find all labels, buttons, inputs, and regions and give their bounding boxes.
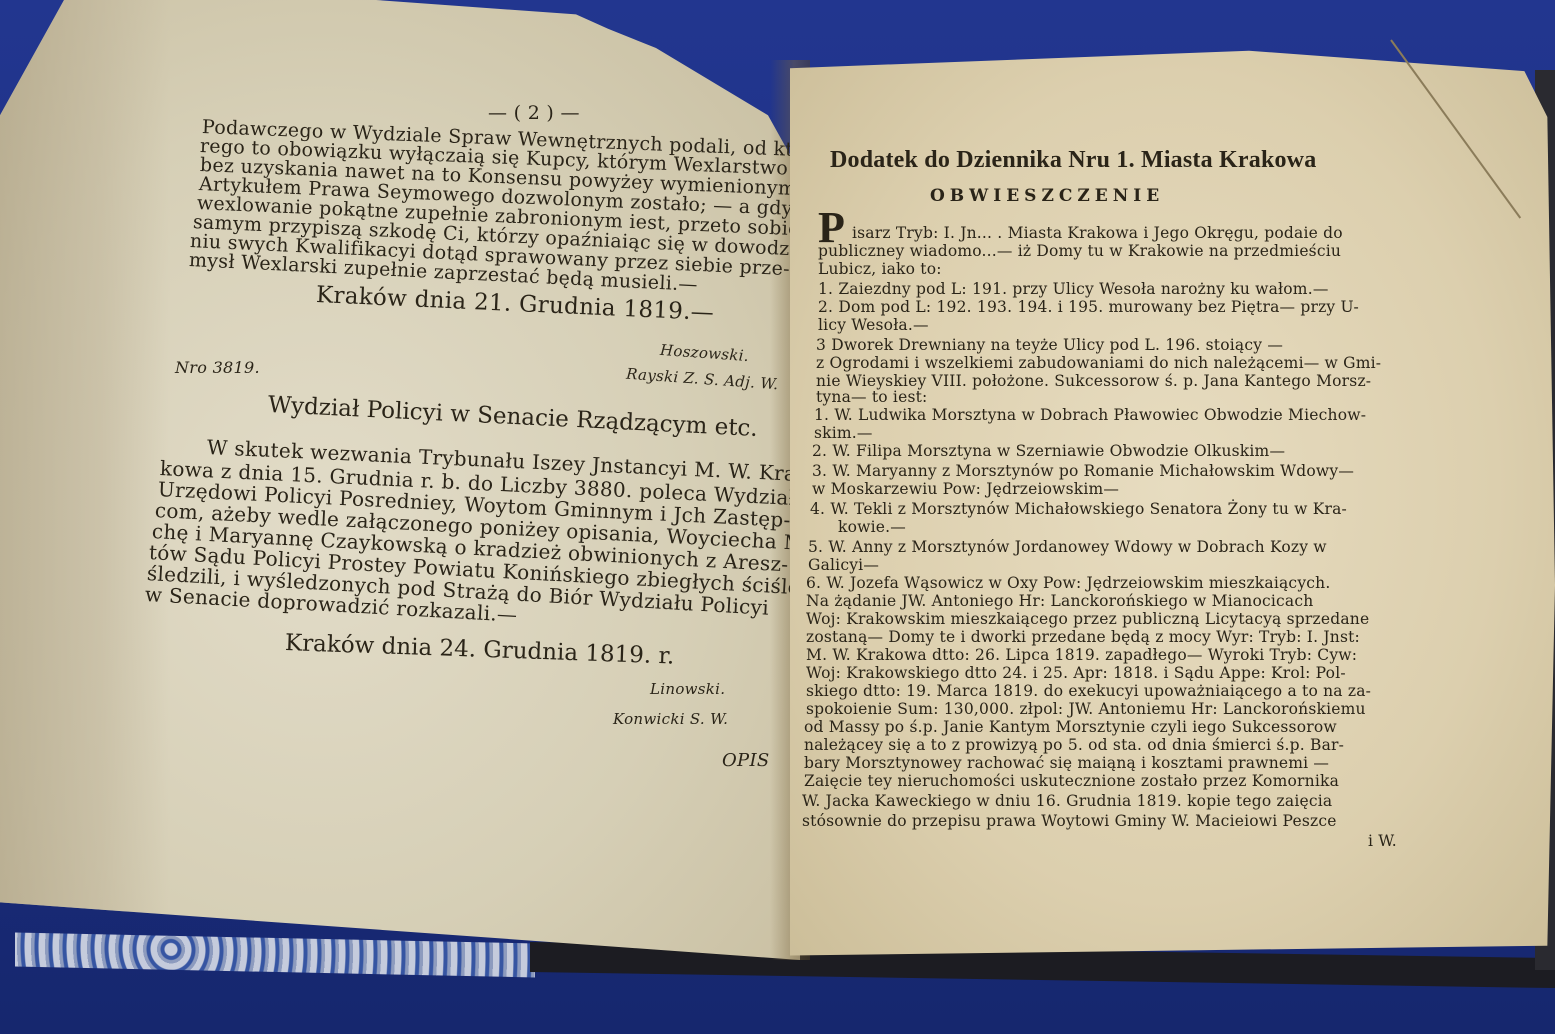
- text-line: 2. W. Filipa Morsztyna w Szerniawie Obwo…: [812, 444, 1285, 460]
- text-line: zostaną— Domy te i dworki przedane będą …: [806, 630, 1360, 646]
- text-line: stósownie do przepisu prawa Woytowi Gmin…: [802, 814, 1337, 830]
- text-line: kowie.—: [838, 520, 906, 536]
- text-line: od Massy po ś.p. Janie Kantym Morsztynie…: [804, 720, 1337, 736]
- text-line: Na żądanie JW. Antoniego Hr: Lanckorońsk…: [806, 594, 1313, 610]
- text-line: publiczney wiadomo...— iż Domy tu w Krak…: [818, 244, 1341, 260]
- text-line: isarz Tryb: I. Jn... . Miasta Krakowa i …: [852, 226, 1343, 242]
- text-line: skim.—: [814, 426, 873, 442]
- text-line: licy Wesoła.—: [818, 318, 929, 334]
- text-line: 6. W. Jozefa Wąsowicz w Oxy Pow: Jędrzei…: [806, 576, 1330, 592]
- text-line: skiego dtto: 19. Marca 1819. do exekucyi…: [806, 684, 1371, 700]
- text-line: bary Morsztynowey rachować się maiąną i …: [804, 756, 1329, 772]
- text-line: Galicyi—: [808, 558, 879, 574]
- announcement-heading: OBWIESZCZENIE: [930, 188, 1164, 205]
- text-line: 2. Dom pod L: 192. 193. 194. i 195. muro…: [818, 300, 1359, 316]
- text-line: 3. W. Maryanny z Morsztynów po Romanie M…: [812, 464, 1354, 480]
- text-line: 5. W. Anny z Morsztynów Jordanowey Wdowy…: [808, 540, 1327, 556]
- text-line: W. Jacka Kaweckiego w dniu 16. Grudnia 1…: [802, 794, 1332, 810]
- text-line: 4. W. Tekli z Morsztynów Michałowskiego …: [810, 502, 1347, 518]
- text-line: 1. Zaiezdny pod L: 191. przy Ulicy Wesoł…: [818, 282, 1329, 298]
- text-line: należącey się a to z prowizyą po 5. od s…: [804, 738, 1344, 754]
- signature-konwicki: Konwicki S. W.: [613, 712, 728, 727]
- text-line: tyna— to iest:: [816, 390, 927, 406]
- text-line: Woj: Krakowskiego dtto 24. i 25. Apr: 18…: [806, 666, 1346, 682]
- text-line: w Moskarzewiu Pow: Jędrzeiowskim—: [812, 482, 1119, 498]
- page-number: — ( 2 ) —: [488, 104, 580, 123]
- text-line: z Ogrodami i wszelkiemi zabudowaniami do…: [816, 356, 1381, 372]
- signature-linowski: Linowski.: [650, 682, 725, 697]
- flyleaf-shadow: [0, 0, 170, 960]
- text-line: i W.: [1368, 834, 1397, 850]
- text-line: 1. W. Ludwika Morsztyna w Dobrach Pławow…: [814, 408, 1366, 424]
- text-line: Zaięcie tey nieruchomości uskutecznione …: [804, 774, 1339, 790]
- text-line: Woj: Krakowskim mieszkaiącego przez publ…: [806, 612, 1369, 628]
- catchword-opis: OPIS: [722, 752, 770, 770]
- text-line: Lubicz, iako to:: [818, 262, 942, 278]
- document-number: Nro 3819.: [175, 360, 260, 376]
- text-line: 3 Dworek Drewniany na teyże Ulicy pod L.…: [816, 338, 1283, 354]
- gazette-title: Dodatek do Dziennika Nru 1. Miasta Krako…: [830, 148, 1316, 172]
- text-line: spokoienie Sum: 130,000. złpol: JW. Anto…: [806, 702, 1366, 718]
- text-line: M. W. Krakowa dtto: 26. Lipca 1819. zapa…: [806, 648, 1357, 664]
